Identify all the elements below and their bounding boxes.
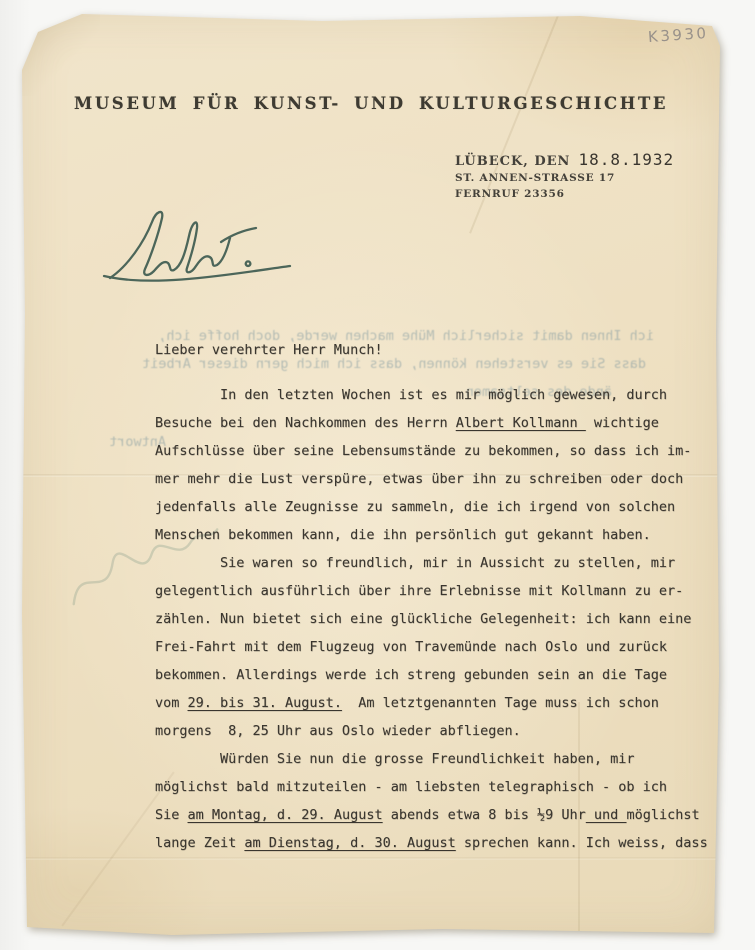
letter-line: zählen. Nun bietet sich eine glückliche … — [155, 605, 730, 633]
paper-shadow-wrap: K3930 MUSEUM FÜR KUNST- UND KULTURGESCHI… — [22, 14, 720, 936]
letter-line: Sie waren so freundlich, mir in Aussicht… — [155, 549, 730, 577]
letter-line: Sie am Montag, d. 29. August abends etwa… — [155, 801, 730, 829]
scan-background: K3930 MUSEUM FÜR KUNST- UND KULTURGESCHI… — [0, 0, 755, 950]
handwritten-initials-signature — [102, 204, 312, 282]
letter-body: Lieber verehrter Herr Munch! In den letz… — [155, 336, 730, 857]
place-label: LÜBECK, DEN — [455, 154, 570, 169]
letter-page: K3930 MUSEUM FÜR KUNST- UND KULTURGESCHI… — [22, 14, 720, 936]
letter-line: jedenfalls alle Zeugnisse zu sammeln, di… — [155, 493, 730, 521]
letter-line: Besuche bei den Nachkommen des Herrn Alb… — [155, 409, 730, 437]
letter-line: vom 29. bis 31. August. Am letztgenannte… — [155, 689, 730, 717]
letterhead-phone: FERNRUF 23356 — [455, 187, 674, 201]
letter-line: bekommen. Allerdings werde ich streng ge… — [155, 661, 730, 689]
letter-line: Frei-Fahrt mit dem Flugzeug von Travemün… — [155, 633, 730, 661]
archive-number-annotation: K3930 — [647, 24, 709, 46]
letterhead-title: MUSEUM FÜR KUNST- UND KULTURGESCHICHTE — [22, 94, 720, 113]
letter-line: In den letzten Wochen ist es mir möglich… — [155, 381, 730, 409]
letter-line: Aufschlüsse über seine Lebensumstände zu… — [155, 437, 730, 465]
paper-crease — [22, 857, 720, 860]
letter-line: gelegentlich ausführlich über ihre Erleb… — [155, 577, 730, 605]
letter-line: lange Zeit am Dienstag, d. 30. August sp… — [155, 829, 730, 857]
letter-line: Menschen bekommen kann, die ihn persönli… — [155, 521, 730, 549]
letterhead-address: ST. ANNEN-STRASSE 17 — [455, 171, 674, 185]
letterhead-date-block: LÜBECK, DEN18.8.1932 ST. ANNEN-STRASSE 1… — [455, 150, 674, 201]
typed-date: 18.8.1932 — [578, 150, 674, 169]
letter-line: Würden Sie nun die grosse Freundlichkeit… — [155, 745, 730, 773]
letter-line: Lieber verehrter Herr Munch! — [155, 336, 730, 364]
letter-line: morgens 8, 25 Uhr aus Oslo wieder abflie… — [155, 717, 730, 745]
letter-line: mer mehr die Lust verspüre, etwas über i… — [155, 465, 730, 493]
folded-corner — [22, 14, 100, 96]
place-date-line: LÜBECK, DEN18.8.1932 — [455, 150, 674, 169]
letter-line: möglichst bald mitzuteilen - am liebsten… — [155, 773, 730, 801]
